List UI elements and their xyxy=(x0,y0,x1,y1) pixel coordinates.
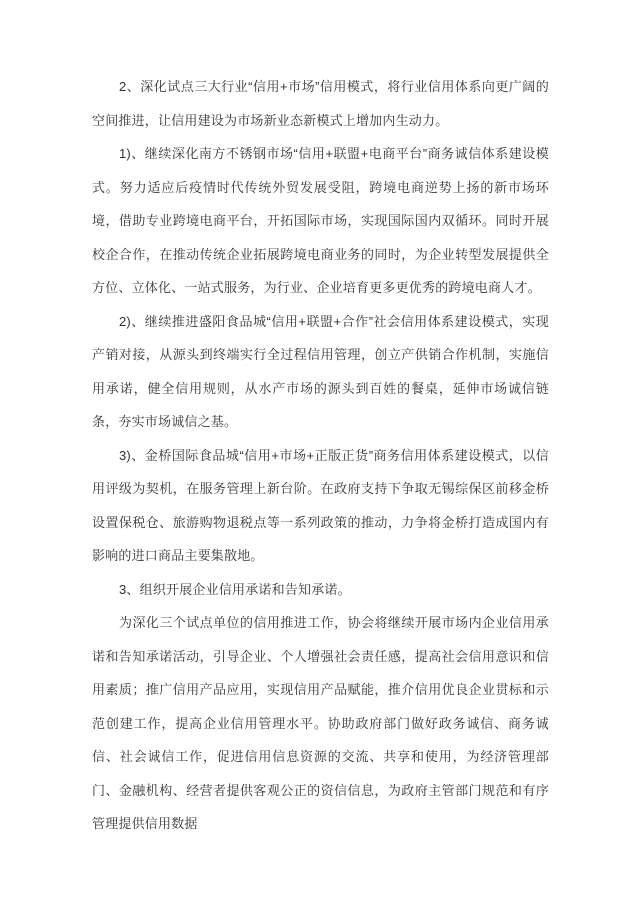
paragraph-credit-market-mode: 2、深化试点三大行业“信用+市场”信用模式，将行业信用体系向更广阔的空间推进，让… xyxy=(92,70,549,137)
paragraph-credit-commitment-detail: 为深化三个试点单位的信用推进工作，协会将继续开展市场内企业信用承诺和告知承诺活动… xyxy=(92,606,549,841)
paragraph-jinqiao-food-city: 3)、金桥国际食品城“信用+市场+正版正货”商务信用体系建设模式，以信用评级为契… xyxy=(92,439,549,573)
paragraph-credit-commitment-heading: 3、组织开展企业信用承诺和告知承诺。 xyxy=(92,573,549,607)
paragraph-shengyang-food-city: 2)、继续推进盛阳食品城“信用+联盟+合作”社会信用体系建设模式，实现产销对接，… xyxy=(92,305,549,439)
paragraph-stainless-steel-market: 1)、继续深化南方不锈钢市场“信用+联盟+电商平台”商务诚信体系建设模式。努力适… xyxy=(92,137,549,305)
document-page: 2、深化试点三大行业“信用+市场”信用模式，将行业信用体系向更广阔的空间推进，让… xyxy=(0,0,640,905)
